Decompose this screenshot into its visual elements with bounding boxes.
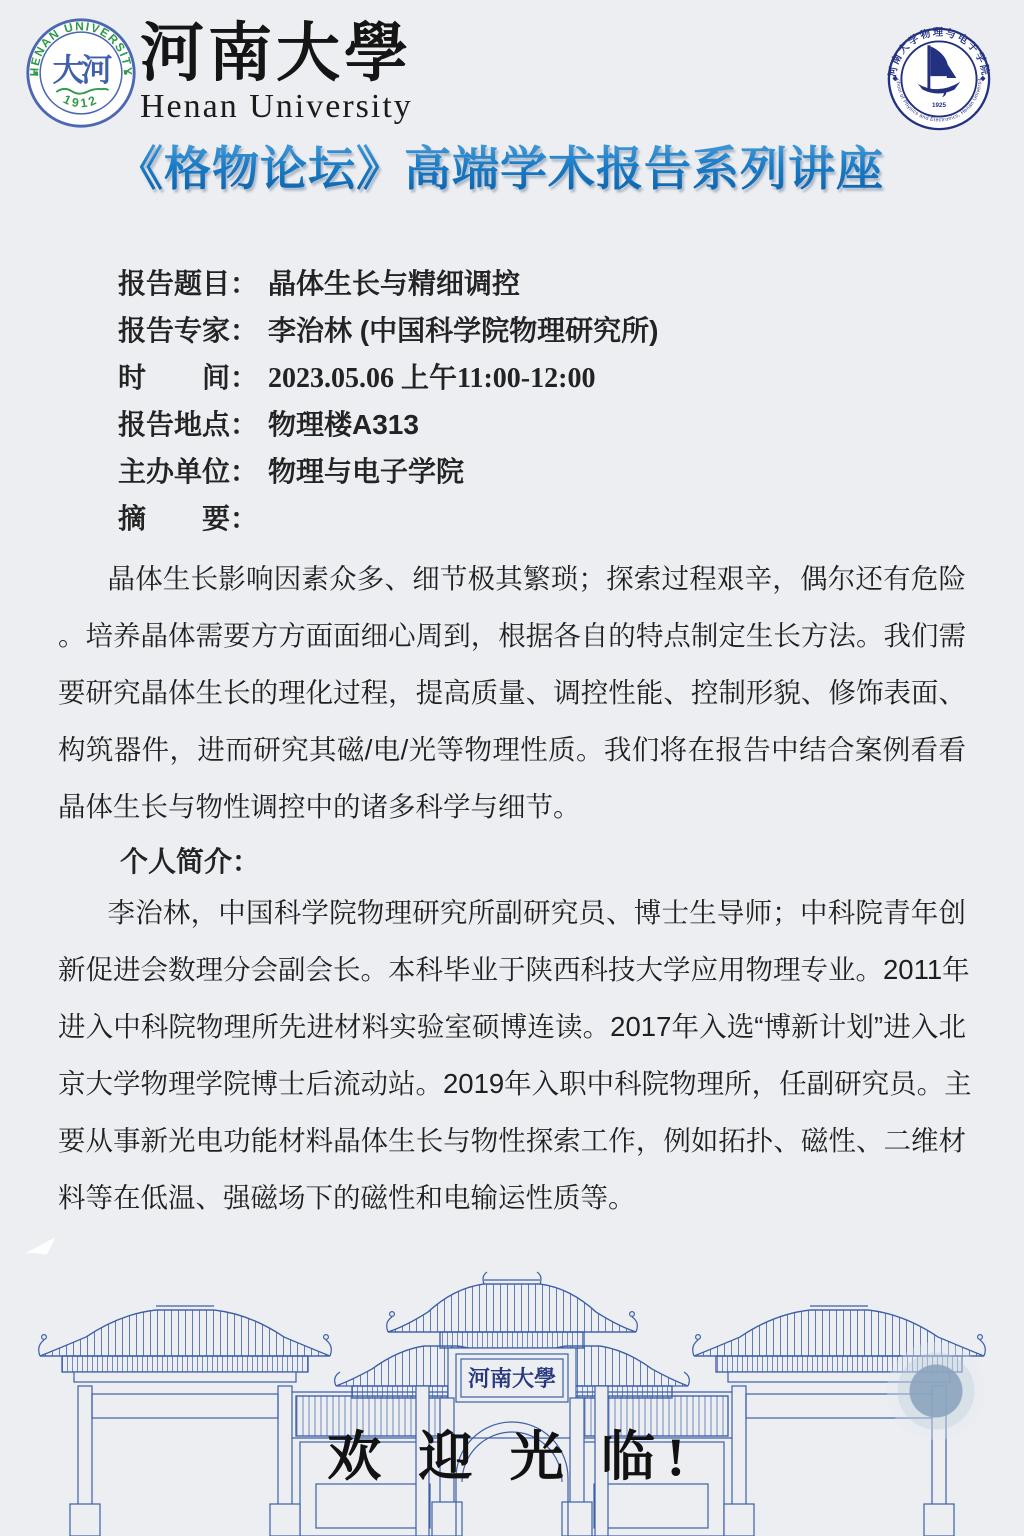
bio-heading: 个人简介： bbox=[120, 840, 260, 880]
university-name-block: 河南大學 Henan University bbox=[140, 18, 413, 126]
detail-value: 李治林 (中国科学院物理研究所) bbox=[268, 309, 658, 349]
university-gate-drawing: 河南大學 bbox=[0, 1236, 1024, 1536]
henan-university-seal-icon: HENAN UNIVERSITY 1912 大河 bbox=[24, 16, 138, 130]
lecture-poster: HENAN UNIVERSITY 1912 大河 河南大學 Henan Univ… bbox=[0, 0, 1024, 1536]
detail-label: 报告专家： bbox=[118, 309, 258, 349]
detail-label: 主办单位： bbox=[118, 450, 258, 490]
university-name-zh: 河南大學 bbox=[140, 18, 413, 90]
bio-line: 料等在低温、强磁场下的磁性和电输运性质等。 bbox=[58, 1169, 966, 1226]
school-seal-year: 1925 bbox=[932, 102, 946, 109]
detail-row-time: 时 间： 2023.05.06 上午11:00-12:00 bbox=[118, 356, 658, 403]
detail-row-organizer: 主办单位： 物理与电子学院 bbox=[118, 450, 658, 497]
seal-center-glyph: 大河 bbox=[53, 53, 112, 88]
detail-row-speaker: 报告专家： 李治林 (中国科学院物理研究所) bbox=[118, 309, 658, 356]
detail-label: 摘 要： bbox=[118, 497, 258, 537]
detail-label: 时 间： bbox=[118, 356, 258, 396]
abstract-line: 晶体生长影响因素众多、细节极其繁琐；探索过程艰辛，偶尔还有危险 bbox=[58, 550, 966, 607]
bio-line: 要从事新光电功能材料晶体生长与物性探索工作，例如拓扑、磁性、二维材 bbox=[58, 1112, 966, 1169]
detail-value: 晶体生长与精细调控 bbox=[268, 262, 520, 302]
physics-school-seal-icon: 河南大学物理与电子学院 School of Physics and Electr… bbox=[886, 26, 992, 132]
abstract-line: 要研究晶体生长的理化过程，提高质量、调控性能、控制形貌、修饰表面、 bbox=[58, 664, 966, 721]
detail-row-location: 报告地点： 物理楼A313 bbox=[118, 403, 658, 450]
detail-row-topic: 报告题目： 晶体生长与精细调控 bbox=[118, 262, 658, 309]
bio-line: 李治林，中国科学院物理研究所副研究员、博士生导师；中科院青年创 bbox=[58, 884, 966, 941]
university-name-en: Henan University bbox=[140, 88, 413, 126]
lecture-details: 报告题目： 晶体生长与精细调控 报告专家： 李治林 (中国科学院物理研究所) 时… bbox=[118, 262, 658, 544]
abstract-line: 晶体生长与物性调控中的诸多科学与细节。 bbox=[58, 778, 966, 835]
bio-line: 新促进会数理分会副会长。本科毕业于陕西科技大学应用物理专业。2011年 bbox=[58, 941, 966, 998]
gate-plaque-text: 河南大學 bbox=[468, 1366, 556, 1391]
welcome-text: 欢 迎 光 临! bbox=[0, 1414, 1024, 1491]
bio-line: 进入中科院物理所先进材料实验室硕博连读。2017年入选“博新计划”进入北 bbox=[58, 998, 966, 1055]
bio-line: 京大学物理学院博士后流动站。2019年入职中科院物理所，任副研究员。主 bbox=[58, 1055, 966, 1112]
abstract-paragraph: 晶体生长影响因素众多、细节极其繁琐；探索过程艰辛，偶尔还有危险 。培养晶体需要方… bbox=[58, 550, 966, 835]
abstract-line: 。培养晶体需要方方面面细心周到，根据各自的特点制定生长方法。我们需 bbox=[58, 607, 966, 664]
detail-value: 物理楼A313 bbox=[268, 403, 419, 443]
detail-label: 报告题目： bbox=[118, 262, 258, 302]
detail-label: 报告地点： bbox=[118, 403, 258, 443]
detail-value: 物理与电子学院 bbox=[268, 450, 464, 490]
abstract-line: 构筑器件，进而研究其磁/电/光等物理性质。我们将在报告中结合案例看看 bbox=[58, 721, 966, 778]
poster-title: 《格物论坛》高端学术报告系列讲座 bbox=[0, 132, 1012, 199]
detail-value: 2023.05.06 上午11:00-12:00 bbox=[268, 356, 595, 396]
detail-row-abstract-label: 摘 要： bbox=[118, 497, 658, 544]
bio-paragraph: 李治林，中国科学院物理研究所副研究员、博士生导师；中科院青年创 新促进会数理分会… bbox=[58, 884, 966, 1226]
